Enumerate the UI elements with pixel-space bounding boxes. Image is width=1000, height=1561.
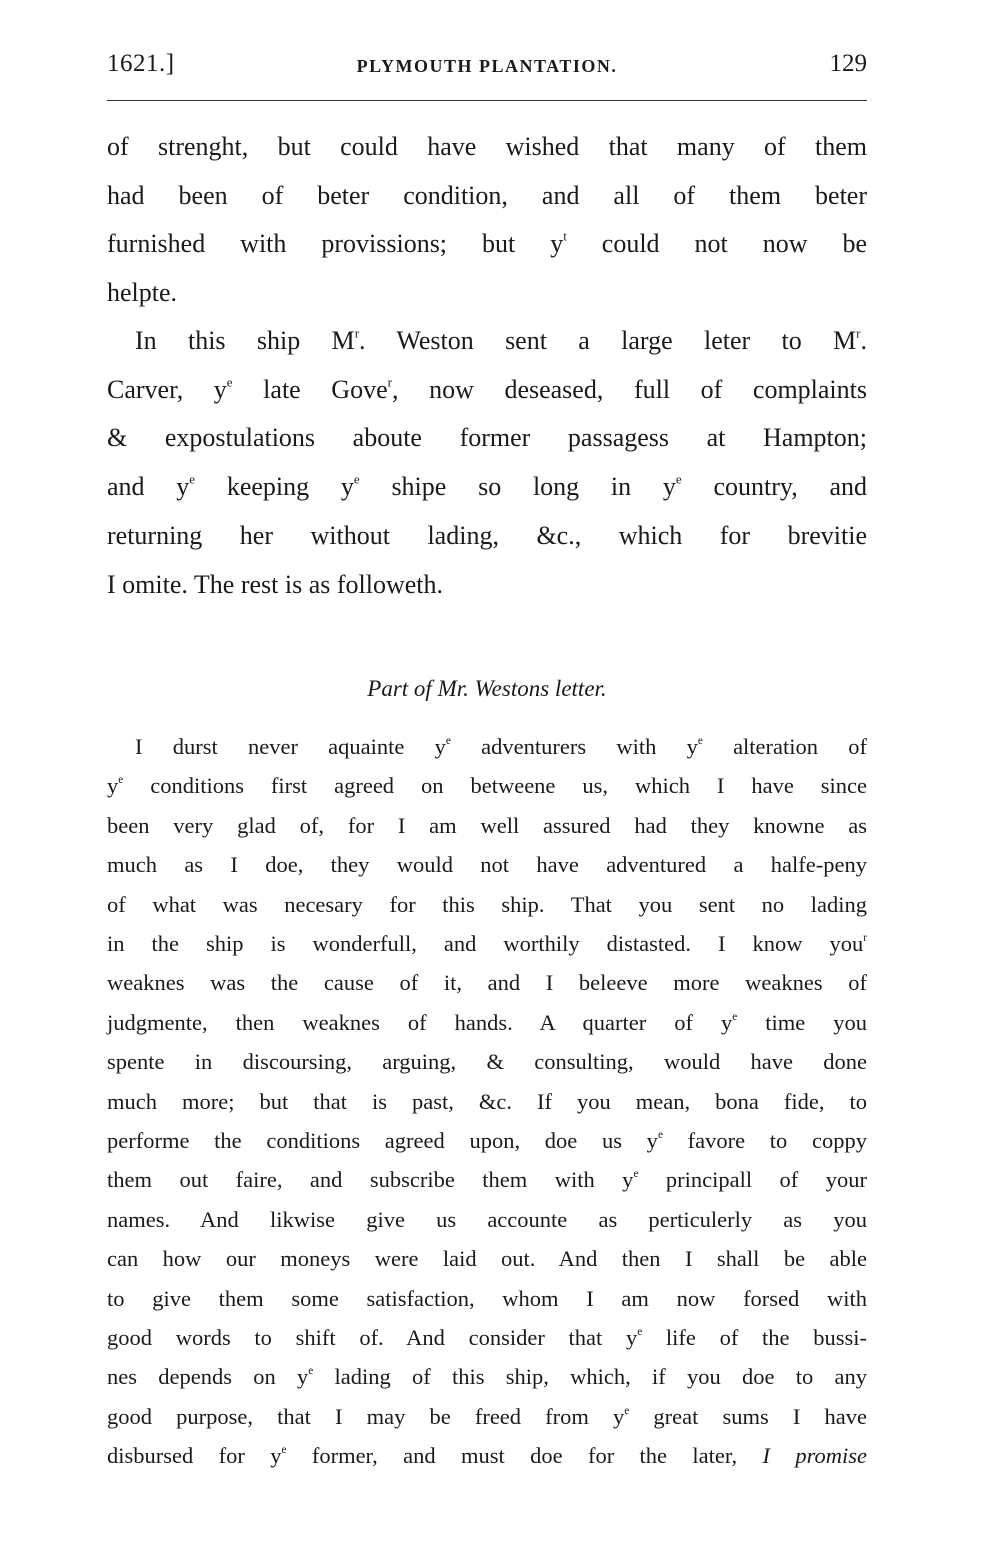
letter-heading: Part of Mr. Westons letter. bbox=[107, 676, 867, 702]
text-line: spente in discoursing, arguing, & consul… bbox=[107, 1042, 867, 1081]
text-line: performe the conditions agreed upon, doe… bbox=[107, 1121, 867, 1160]
text-line: had been of beter condition, and all of … bbox=[107, 171, 867, 220]
text-line: in the ship is wonderfull, and worthily … bbox=[107, 924, 867, 963]
text-line: weaknes was the cause of it, and I belee… bbox=[107, 963, 867, 1002]
text-line: Carver, ye late Gover, now deseased, ful… bbox=[107, 365, 867, 414]
text-line: disbursed for ye former, and must doe fo… bbox=[107, 1436, 867, 1475]
text-line: them out faire, and subscribe them with … bbox=[107, 1160, 867, 1199]
text-line: of what was necesary for this ship. That… bbox=[107, 885, 867, 924]
text-line: In this ship Mr. Weston sent a large let… bbox=[107, 316, 867, 365]
text-line: furnished with provissions; but yt could… bbox=[107, 219, 867, 268]
text-line: can how our moneys were laid out. And th… bbox=[107, 1239, 867, 1278]
text-line: good purpose, that I may be freed from y… bbox=[107, 1397, 867, 1436]
text-line: good words to shift of. And consider tha… bbox=[107, 1318, 867, 1357]
text-line: helpte. bbox=[107, 268, 867, 317]
text-line: nes depends on ye lading of this ship, w… bbox=[107, 1357, 867, 1396]
text-line: to give them some satisfaction, whom I a… bbox=[107, 1279, 867, 1318]
text-line: ye conditions first agreed on betweene u… bbox=[107, 766, 867, 805]
text-line: been very glad of, for I am well assured… bbox=[107, 806, 867, 845]
text-line: I omite. The rest is as followeth. bbox=[107, 560, 867, 609]
text-line: judgmente, then weaknes of hands. A quar… bbox=[107, 1003, 867, 1042]
text-line: returning her without lading, &c., which… bbox=[107, 511, 867, 560]
header-rule bbox=[107, 100, 867, 101]
text-line: & expostulations aboute former passagess… bbox=[107, 413, 867, 462]
text-line: much more; but that is past, &c. If you … bbox=[107, 1082, 867, 1121]
page-number: 129 bbox=[830, 50, 868, 78]
text-line: of strenght, but could have wished that … bbox=[107, 122, 867, 171]
running-head: 1621.] PLYMOUTH PLANTATION. 129 bbox=[107, 50, 867, 84]
text-line: much as I doe, they would not have adven… bbox=[107, 845, 867, 884]
text-line: and ye keeping ye shipe so long in ye co… bbox=[107, 462, 867, 511]
text-line: I durst never aquainte ye adventurers wi… bbox=[107, 727, 867, 766]
text-line: names. And likwise give us accounte as p… bbox=[107, 1200, 867, 1239]
running-head-title: PLYMOUTH PLANTATION. bbox=[107, 56, 867, 77]
